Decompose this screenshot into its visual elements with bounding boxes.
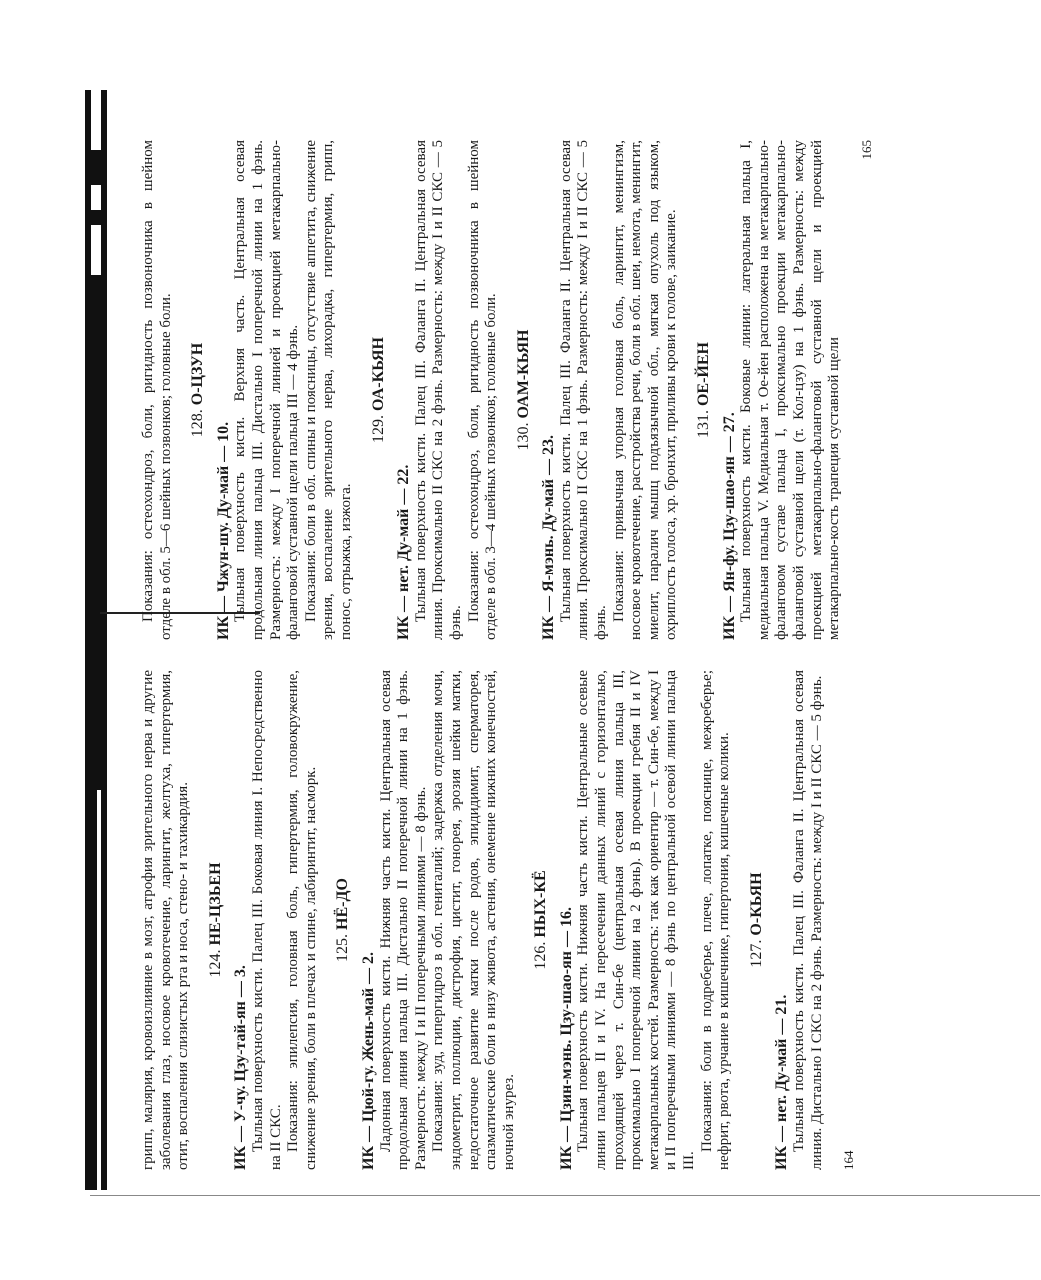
section-paragraph: Показания: эпилепсия, головная боль, гип…	[285, 670, 320, 1170]
section-title: НЁ-ДО	[334, 878, 351, 930]
section-number: 129.	[370, 415, 387, 443]
section-title: О-ЦЗУН	[189, 343, 206, 405]
section-number: 127.	[748, 940, 765, 968]
scan-border	[85, 90, 107, 1190]
ik-reference: ИК — нет. Ду-май — 21.	[773, 670, 791, 1170]
ik-reference: ИК — Чжун-шу. Ду-май — 10.	[215, 140, 233, 640]
section-paragraph: Показания: привычная упорная головная бо…	[611, 140, 681, 640]
section-paragraph: Показания: боли в обл. спины и поясницы,…	[303, 140, 356, 640]
section-heading: 131. ОЕ-ЙЕН	[695, 140, 713, 640]
section-heading: 126. НЫХ-КЁ	[532, 670, 550, 1170]
section-title: О-КЬЯН	[748, 872, 765, 935]
ik-reference: ИК — нет. Ду-май — 22.	[395, 140, 413, 640]
ik-reference: ИК — Цзин-мэнь. Цзу-шао-ян — 16.	[558, 670, 576, 1170]
section-heading: 128. О-ЦЗУН	[189, 140, 207, 640]
section-title: ОА-КЬЯН	[370, 337, 387, 411]
section-paragraph: Тыльная поверхность кисти. Палец III. Фа…	[413, 140, 466, 640]
right-page: Показания: остеохондроз, боли, ригидност…	[140, 140, 900, 640]
section-number: 128.	[189, 409, 206, 437]
section-number: 124.	[207, 950, 224, 978]
section-heading: 124. НЕ-ЦЗЬЕН	[207, 670, 225, 1170]
ik-reference: ИК — Я-мэнь. Ду-май — 23.	[540, 140, 558, 640]
ik-reference: ИК — Ян-фу. Цзу-шао-ян — 27.	[721, 140, 739, 640]
section-title: ОЕ-ЙЕН	[695, 342, 712, 406]
section-number: 131.	[695, 410, 712, 438]
section-paragraph: Тыльная поверхность кисти. Палец III. Фа…	[558, 140, 611, 640]
section-title: НЕ-ЦЗЬЕН	[207, 862, 224, 945]
section-paragraph: Показания: боли в подреберье, плече, лоп…	[699, 670, 734, 1170]
section-paragraph: Тыльная поверхность кисти. Палец III. Фа…	[791, 670, 826, 1170]
section-paragraph: Показания: остеохондроз, боли, ригидност…	[466, 140, 501, 640]
left-page-intro: грипп, малярия, кровоизлияние в мозг, ат…	[140, 670, 193, 1170]
section-title: НЫХ-КЁ	[532, 870, 549, 937]
book-spread: грипп, малярия, кровоизлияние в мозг, ат…	[140, 110, 900, 1170]
left-page-number: 164	[840, 670, 858, 1170]
section-paragraph: Тыльная поверхность кисти. Верхняя часть…	[232, 140, 302, 640]
page-edge-line	[90, 1195, 1040, 1196]
section-number: 130.	[515, 422, 532, 450]
section-heading: 130. ОАМ-КЬЯН	[515, 140, 533, 640]
section-paragraph: Тыльная поверхность кисти. Палец III. Бо…	[250, 670, 285, 1170]
section-title: ОАМ-КЬЯН	[515, 330, 532, 419]
section-heading: 125. НЁ-ДО	[334, 670, 352, 1170]
section-paragraph: Ладонная поверхность кисти. Нижняя часть…	[378, 670, 431, 1170]
section-number: 126.	[532, 942, 549, 970]
section-paragraph: Показания: зуд, гипергидроз в обл. генит…	[430, 670, 518, 1170]
section-heading: 127. О-КЬЯН	[748, 670, 766, 1170]
left-page: грипп, малярия, кровоизлияние в мозг, ат…	[140, 670, 900, 1170]
ik-reference: ИК — Цюй-гу. Жень-май — 2.	[360, 670, 378, 1170]
right-page-number: 165	[858, 140, 876, 640]
section-number: 125.	[334, 934, 351, 962]
section-heading: 129. ОА-КЬЯН	[370, 140, 388, 640]
section-paragraph: Тыльная поверхность кисти. Нижняя часть …	[575, 670, 698, 1170]
right-page-intro: Показания: остеохондроз, боли, ригидност…	[140, 140, 175, 640]
section-paragraph: Тыльная поверхность кисти. Боковые линии…	[738, 140, 844, 640]
ik-reference: ИК — У-чу. Цзу-тай-ян — 3.	[232, 670, 250, 1170]
